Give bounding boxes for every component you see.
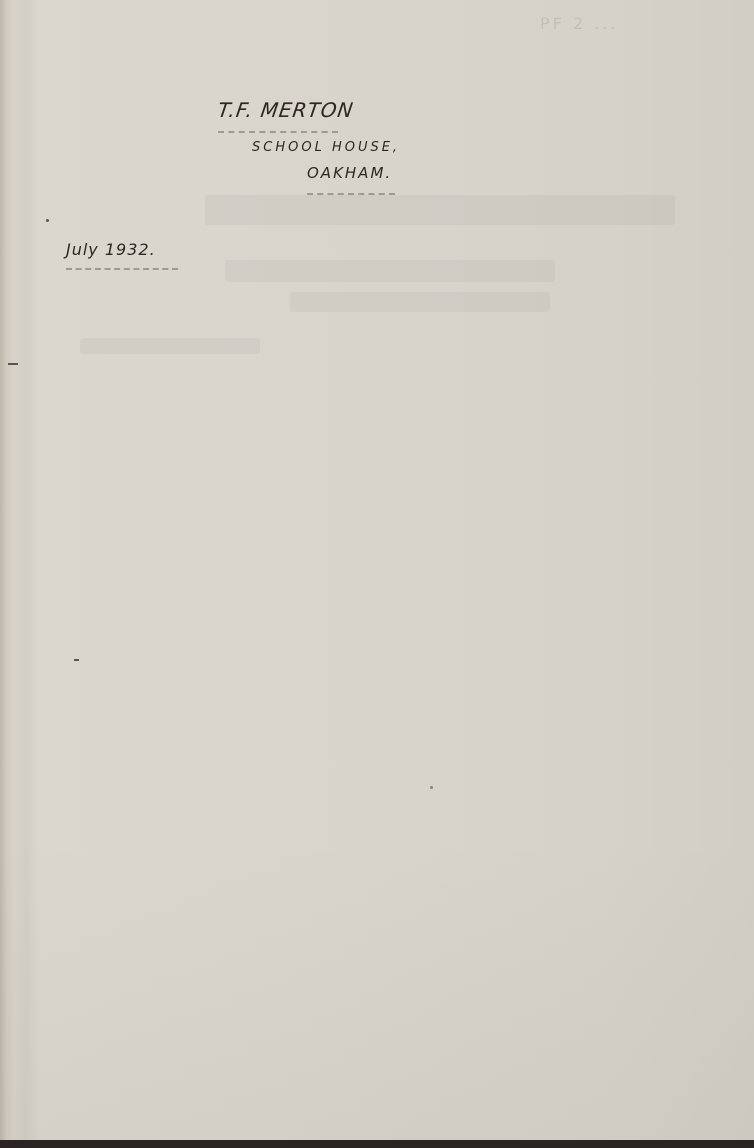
- inscription-date: July 1932.: [66, 240, 156, 259]
- spine-edge: [0, 0, 6, 1140]
- show-through-ghost-text: [80, 338, 260, 354]
- speck-mark: [46, 219, 49, 222]
- speck-mark: [74, 659, 79, 661]
- owner-name: T.F. MERTON: [216, 98, 355, 122]
- address-line-1: SCHOOL HOUSE,: [252, 140, 400, 155]
- faint-pencil-mark: PF 2 ...: [540, 14, 618, 33]
- show-through-ghost-text: [225, 260, 555, 282]
- page-bottom-edge: [0, 1140, 754, 1148]
- flyleaf-page: PF 2 ... T.F. MERTON SCHOOL HOUSE, OAKHA…: [0, 0, 754, 1140]
- speck-mark: [8, 363, 18, 365]
- show-through-ghost-text: [290, 292, 550, 312]
- name-underline: [218, 131, 338, 133]
- show-through-ghost-text: [205, 195, 675, 225]
- town-underline: [307, 193, 395, 195]
- address-line-2: OAKHAM.: [307, 164, 392, 182]
- date-underline: [66, 268, 178, 270]
- speck-mark: [430, 786, 433, 789]
